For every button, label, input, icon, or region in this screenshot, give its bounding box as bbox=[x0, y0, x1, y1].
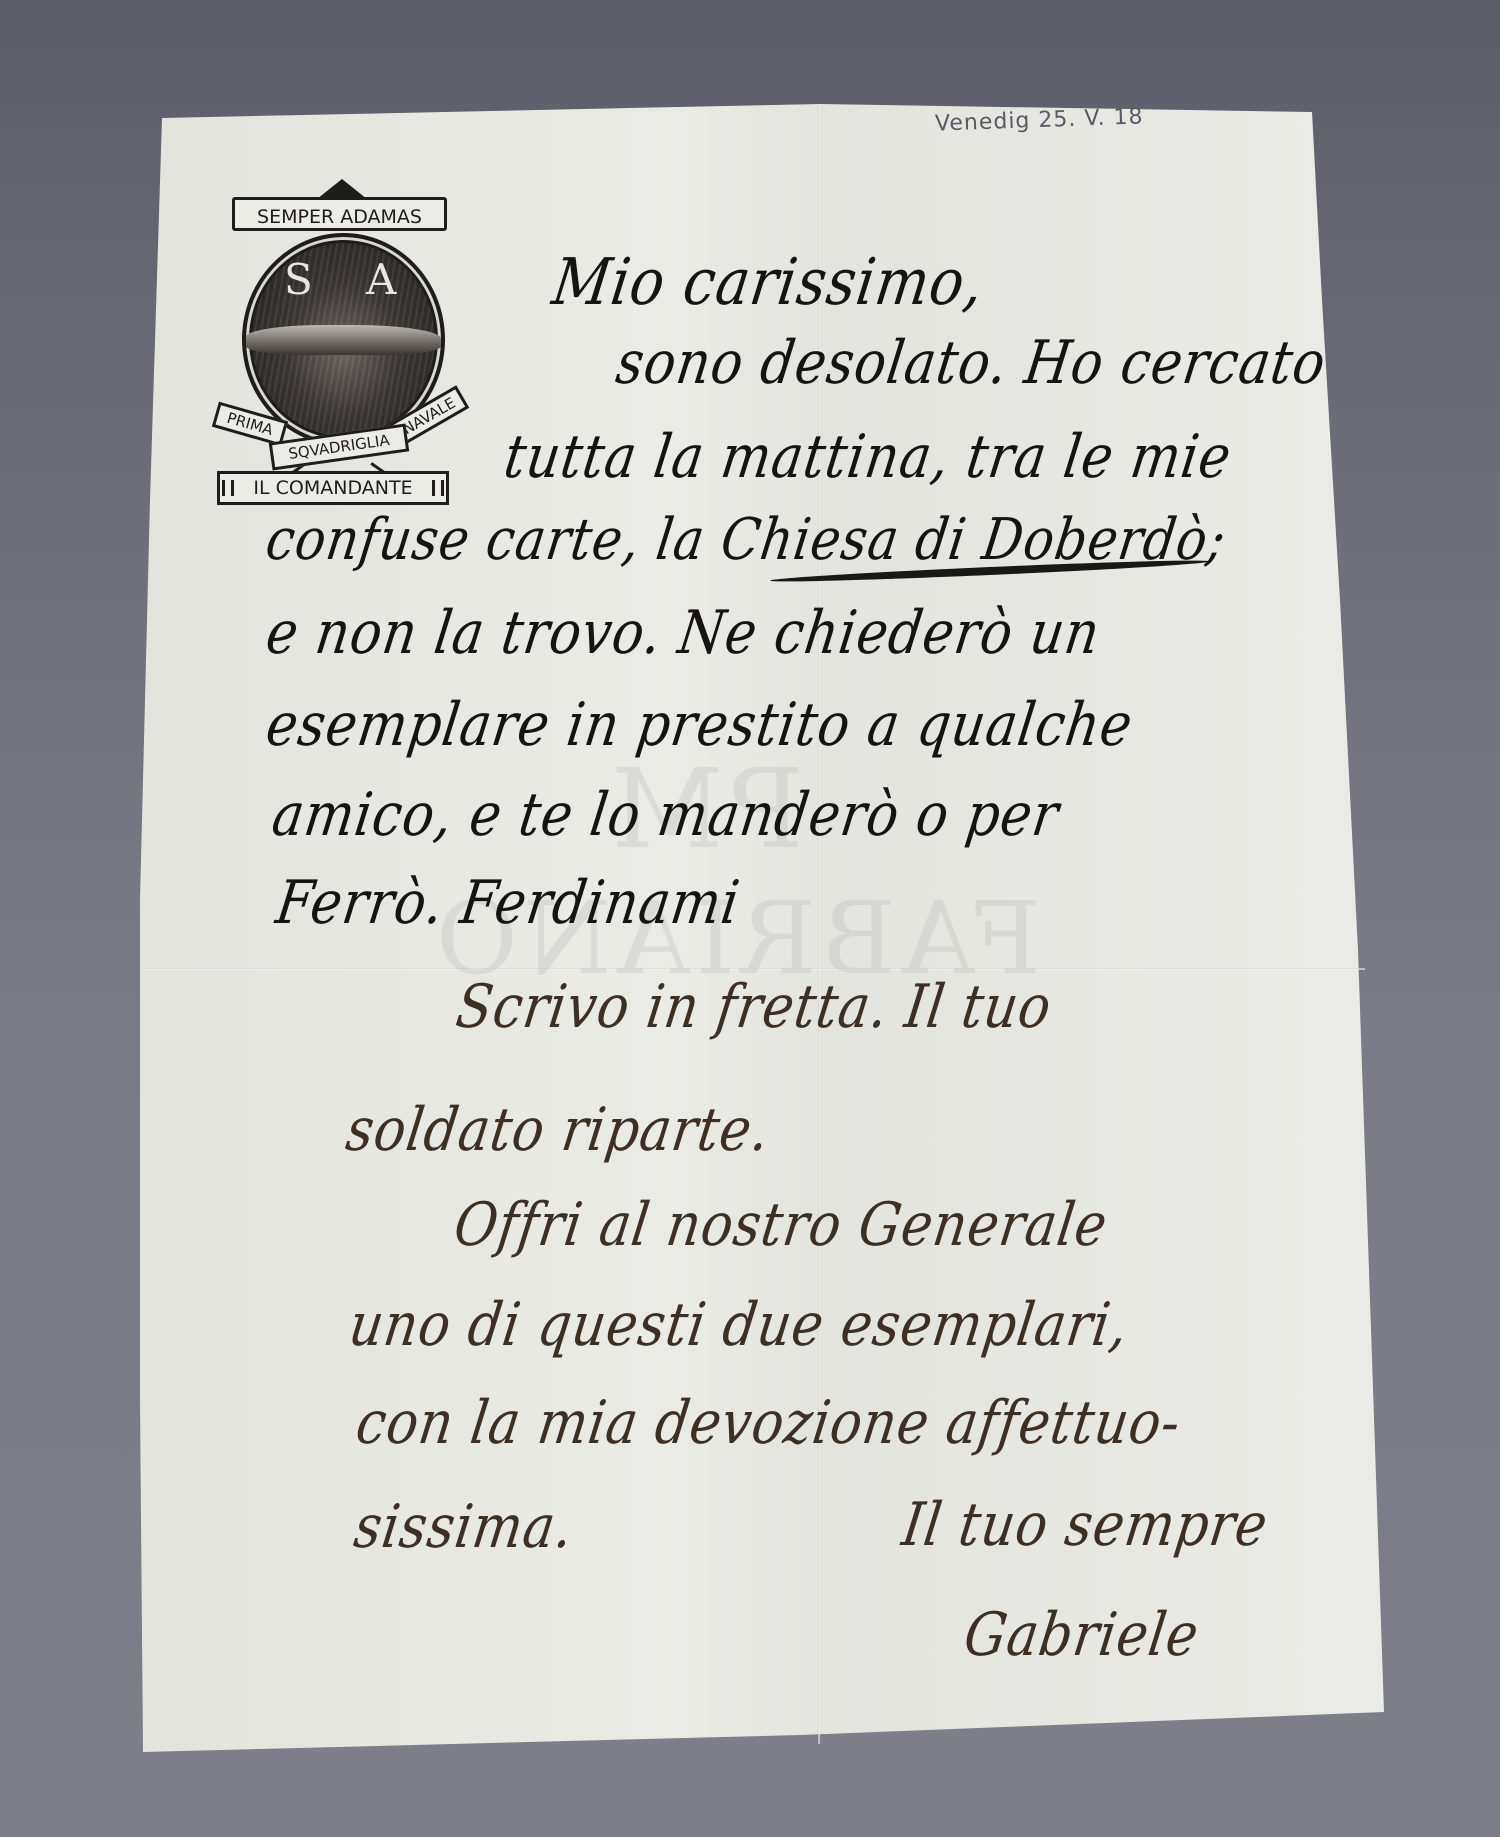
letter-line-salutation: Mio carissimo, bbox=[548, 245, 989, 320]
initial-a: A bbox=[366, 255, 396, 304]
letter-line: tutta la mattina, tra le mie bbox=[500, 423, 1236, 492]
letter-line: soldato riparte. bbox=[342, 1096, 774, 1165]
letter-line: e non la trovo. Ne chiederò un bbox=[262, 599, 1104, 668]
sea-horizon bbox=[246, 325, 441, 355]
closing-line: Il tuo sempre bbox=[898, 1491, 1272, 1560]
letter-line: sono desolato. Ho cercato bbox=[612, 329, 1330, 398]
comandante-plate: IL COMANDANTE bbox=[217, 471, 449, 505]
signature: Gabriele bbox=[960, 1601, 1203, 1670]
initial-s: S bbox=[284, 255, 313, 304]
letter-line: Scrivo in fretta. Il tuo bbox=[452, 973, 1056, 1042]
letter-line: uno di questi due esemplari, bbox=[345, 1291, 1133, 1360]
letter-line: Ferrò. Ferdinami bbox=[272, 869, 744, 938]
letter-line: Offri al nostro Generale bbox=[450, 1191, 1112, 1260]
letterhead-emblem: SEMPER ADAMAS S A PRIMA NAVALE SQVADRIGL… bbox=[222, 175, 462, 500]
motto-banner: SEMPER ADAMAS bbox=[232, 197, 447, 231]
letter-line: amico, e te lo manderò o per bbox=[268, 781, 1063, 850]
letter-line: con la mia devozione affettuo- bbox=[352, 1389, 1185, 1458]
letter-line: sissima. bbox=[350, 1493, 578, 1562]
letter-line: esemplare in prestito a qualche bbox=[262, 691, 1137, 760]
emblem-peak-icon bbox=[317, 179, 367, 199]
